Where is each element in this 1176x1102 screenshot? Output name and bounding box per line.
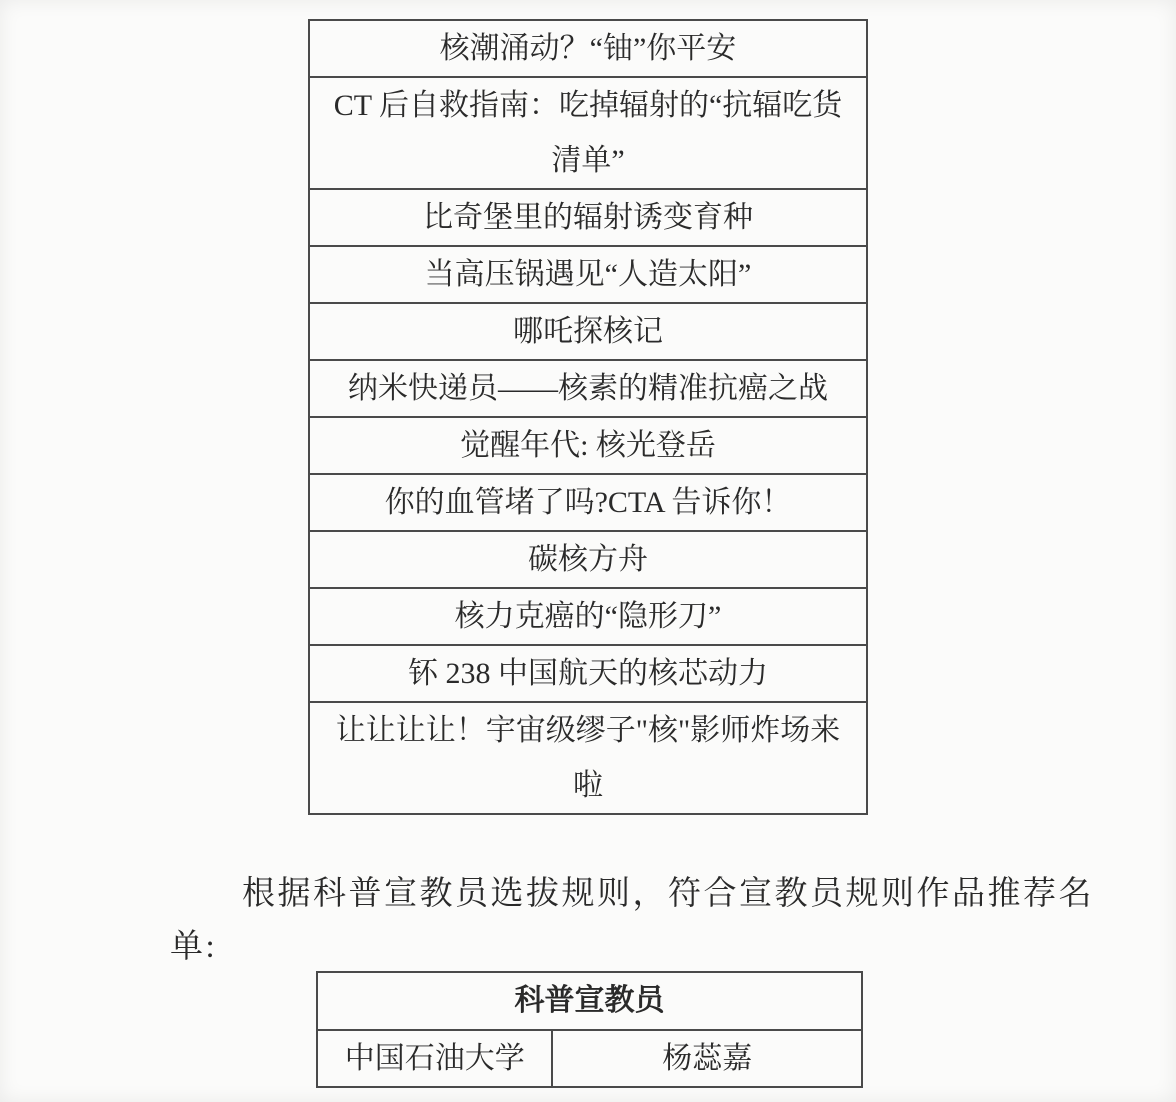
work-title-row: 核潮涌动？“铀”你平安 (309, 20, 867, 77)
work-title-row: 当高压锅遇见“人造太阳” (309, 246, 867, 303)
work-title-cell: 让让让让！宇宙级缪子"核"影师炸场来 啦 (309, 702, 867, 814)
instructor-organization-cell: 中国石油大学 (317, 1030, 552, 1087)
work-title-row: 让让让让！宇宙级缪子"核"影师炸场来 啦 (309, 702, 867, 814)
work-title-row: 比奇堡里的辐射诱变育种 (309, 189, 867, 246)
work-title-cell: 核力克癌的“隐形刀” (309, 588, 867, 645)
work-title-cell: 哪吒探核记 (309, 303, 867, 360)
work-title-cell: 比奇堡里的辐射诱变育种 (309, 189, 867, 246)
instructor-name-cell: 杨蕊嘉 (552, 1030, 862, 1087)
work-title-row: 钚 238 中国航天的核芯动力 (309, 645, 867, 702)
work-title-row: 你的血管堵了吗?CTA 告诉你！ (309, 474, 867, 531)
work-title-row: 纳米快递员——核素的精准抗癌之战 (309, 360, 867, 417)
work-title-row: CT 后自救指南：吃掉辐射的“抗辐吃货 清单” (309, 77, 867, 189)
work-title-cell: 碳核方舟 (309, 531, 867, 588)
instructor-table-header: 科普宣教员 (317, 972, 862, 1030)
work-title-cell: 钚 238 中国航天的核芯动力 (309, 645, 867, 702)
work-title-cell: 觉醒年代: 核光登岳 (309, 417, 867, 474)
instructor-table-header-row: 科普宣教员 (317, 972, 862, 1030)
work-title-row: 碳核方舟 (309, 531, 867, 588)
instructor-table: 科普宣教员 中国石油大学 杨蕊嘉 (316, 971, 863, 1088)
intro-paragraph: 根据科普宣教员选拔规则，符合宣教员规则作品推荐名 单: (170, 868, 1110, 974)
instructor-row: 中国石油大学 杨蕊嘉 (317, 1030, 862, 1087)
work-title-cell: 当高压锅遇见“人造太阳” (309, 246, 867, 303)
work-title-row: 核力克癌的“隐形刀” (309, 588, 867, 645)
work-title-cell: 纳米快递员——核素的精准抗癌之战 (309, 360, 867, 417)
recommended-works-table: 核潮涌动？“铀”你平安 CT 后自救指南：吃掉辐射的“抗辐吃货 清单” 比奇堡里… (308, 19, 868, 815)
work-title-row: 觉醒年代: 核光登岳 (309, 417, 867, 474)
document-page: 核潮涌动？“铀”你平安 CT 后自救指南：吃掉辐射的“抗辐吃货 清单” 比奇堡里… (0, 0, 1176, 1102)
work-title-row: 哪吒探核记 (309, 303, 867, 360)
work-title-cell: CT 后自救指南：吃掉辐射的“抗辐吃货 清单” (309, 77, 867, 189)
work-title-cell: 核潮涌动？“铀”你平安 (309, 20, 867, 77)
work-title-cell: 你的血管堵了吗?CTA 告诉你！ (309, 474, 867, 531)
